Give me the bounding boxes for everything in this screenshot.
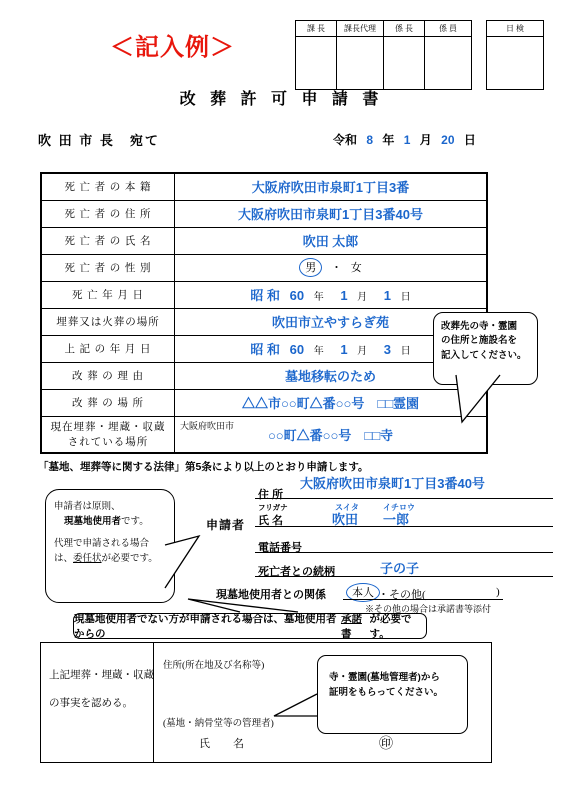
hint-emph: 現墓地使用者 [64, 516, 121, 527]
bubble-tail [444, 374, 504, 426]
stamp-check-box: 日 検 [486, 20, 544, 90]
gender-separator: ・ [331, 262, 342, 274]
burial-date-day-unit: 日 [401, 346, 411, 357]
name-rule [255, 526, 553, 527]
table-row: 死 亡 者 の 本 籍 大阪府吹田市泉町1丁目3番 [41, 173, 487, 200]
burial-date-month: 1 [340, 342, 347, 357]
manager-name-label: 氏 名 [199, 735, 250, 751]
address-rule [255, 498, 553, 499]
bubble-tail [268, 688, 322, 720]
manager-address-label: 住所(所在地及び名称等) [163, 657, 264, 671]
hint-line: 代理で申請される場合 [54, 537, 174, 552]
example-label: ＜記入例＞ [110, 27, 235, 62]
row-label: 埋葬又は火葬の場所 [41, 308, 175, 335]
gender-female: 女 [351, 262, 362, 274]
date-day: 20 [441, 133, 454, 147]
bubble-tail [163, 530, 205, 592]
table-row: 改 葬 の 場 所 △△市○○町△番○○号 □□霊園 [41, 389, 487, 416]
date-year-unit: 年 [382, 133, 394, 147]
entry-name: 吹田 太郎 [303, 234, 359, 249]
burial-date-year: 60 [290, 342, 304, 357]
certify-left-line2: の事実を認める。 [49, 695, 133, 710]
consent-note-box: 現墓地使用者でない方が申請される場合は、墓地使用者からの承諾書が必要です。 [73, 613, 427, 639]
address-field-value: 大阪府吹田市泉町1丁目3番40号 [300, 473, 485, 492]
spacer [54, 529, 174, 537]
phone-rule [255, 552, 553, 553]
burial-date-era: 昭 和 [250, 342, 280, 357]
approval-cell-empty [425, 37, 472, 90]
entry-burial-place: 吹田市立やすらぎ苑 [272, 315, 389, 330]
seal-mark: ㊞ [379, 733, 393, 753]
table-row: 死 亡 者 の 氏 名 吹田 太郎 [41, 227, 487, 254]
hint-line: 証明をもらってください。 [329, 686, 467, 701]
death-date-day: 1 [384, 288, 391, 303]
date-day-unit: 日 [464, 133, 476, 147]
hint-underlined: 委任状 [73, 553, 102, 564]
death-date-year-unit: 年 [314, 292, 324, 303]
table-row: 死 亡 者 の 性 別 男 ・ 女 [41, 254, 487, 281]
approval-stamp-table: 課 長 課長代理 係 長 係 員 [295, 20, 472, 90]
hint-line: は、 [54, 553, 73, 564]
death-date-month-unit: 月 [357, 292, 367, 303]
death-date-month: 1 [340, 288, 347, 303]
hint-line: 寺・霊園(墓地管理者)から [329, 671, 467, 686]
consent-note-head: 現墓地使用者でない方が申請される場合は、墓地使用者からの [74, 611, 341, 641]
deceased-info-table: 死 亡 者 の 本 籍 大阪府吹田市泉町1丁目3番 死 亡 者 の 住 所 大阪… [40, 172, 488, 454]
addressee: 吹 田 市 長 宛て [38, 130, 160, 149]
burial-date-month-unit: 月 [357, 346, 367, 357]
table-row: 死 亡 者 の 住 所 大阪府吹田市泉町1丁目3番40号 [41, 200, 487, 227]
death-date-era: 昭 和 [250, 288, 280, 303]
form-title: 改 葬 許 可 申 請 書 [0, 86, 563, 109]
approval-cell-empty [337, 37, 384, 90]
user-relation-rule [343, 599, 503, 600]
approval-col-kacho: 課 長 [296, 21, 337, 37]
row-label: 死 亡 者 の 性 別 [41, 254, 175, 281]
entry-current-place: ○○町△番○○号 □□寺 [268, 428, 393, 443]
reburial-permit-application-form: ＜記入例＞ 課 長 課長代理 係 長 係 員 日 検 改 葬 許 可 申 請 書… [0, 0, 563, 796]
row-label: 死 亡 者 の 本 籍 [41, 173, 175, 200]
consent-note-underlined: 承諾書 [341, 611, 370, 641]
row-label: 改 葬 の 理 由 [41, 362, 175, 389]
row-label: 死 亡 年 月 日 [41, 281, 175, 308]
row-label: 上 記 の 年 月 日 [41, 335, 175, 362]
row-label: 死 亡 者 の 氏 名 [41, 227, 175, 254]
approval-col-kakaricho: 係 長 [384, 21, 425, 37]
table-row: 改 葬 の 理 由 墓地移転のため [41, 362, 487, 389]
approval-col-kakarin: 係 員 [425, 21, 472, 37]
row-label: 死 亡 者 の 住 所 [41, 200, 175, 227]
applicant-role-label: 申請者 [206, 516, 245, 533]
current-place-prefix: 大阪府吹田市 [180, 419, 234, 432]
row-label-line1: 現在埋葬・埋蔵・収蔵 [42, 419, 174, 434]
date-era: 令和 [333, 133, 357, 147]
table-row: 死 亡 年 月 日 昭 和 60 年 1 月 1 日 [41, 281, 487, 308]
date-month: 1 [404, 133, 411, 147]
hint-line: の住所と施設名を [441, 334, 537, 348]
hint-line: です。 [121, 516, 149, 527]
stamp-check-label: 日 検 [487, 21, 544, 37]
consent-note-tail: が必要です。 [370, 611, 426, 641]
death-date-day-unit: 日 [401, 292, 411, 303]
table-row: 埋葬又は火葬の場所 吹田市立やすらぎ苑 [41, 308, 487, 335]
legal-statement: 「墓地、埋葬等に関する法律」第5条により以上のとおり申請します。 [38, 459, 369, 474]
manager-title-label: (墓地・納骨堂等の管理者) [163, 715, 274, 729]
hint-line: 記入してください。 [441, 349, 537, 363]
entry-address: 大阪府吹田市泉町1丁目3番40号 [238, 207, 423, 222]
burial-date-day: 3 [384, 342, 391, 357]
certify-left-line1: 上記埋葬・埋蔵・収蔵 [49, 667, 154, 682]
gender-male-circled: 男 [299, 258, 322, 277]
stamp-check-empty [487, 37, 544, 90]
row-label-line2: されている場所 [42, 434, 174, 449]
row-label: 改 葬 の 場 所 [41, 389, 175, 416]
burial-date-year-unit: 年 [314, 346, 324, 357]
hint-line: 申請者は原則、 [54, 500, 174, 515]
table-row: 現在埋葬・埋蔵・収蔵 されている場所 大阪府吹田市 ○○町△番○○号 □□寺 [41, 416, 487, 453]
relation-rule [255, 576, 553, 577]
hint-bubble-applicant: 申請者は原則、 現墓地使用者です。 代理で申請される場合 は、委任状が必要です。 [45, 489, 175, 603]
address-field-label: 住 所 [258, 486, 283, 502]
entry-domicile: 大阪府吹田市泉町1丁目3番 [252, 180, 409, 195]
application-date: 令和 8 年 1 月 20 日 [330, 131, 479, 148]
entry-reburial-place: △△市○○町△番○○号 □□霊園 [242, 396, 419, 411]
user-relation-close-paren: ) [496, 586, 500, 598]
approval-col-kachodairi: 課長代理 [337, 21, 384, 37]
note-box-tail [185, 597, 305, 615]
date-year: 8 [366, 133, 373, 147]
approval-cell-empty [384, 37, 425, 90]
hint-bubble-certification: 寺・霊園(墓地管理者)から 証明をもらってください。 [317, 655, 468, 734]
relation-field-value: 子の子 [380, 558, 419, 577]
date-month-unit: 月 [420, 133, 432, 147]
table-row: 上 記 の 年 月 日 昭 和 60 年 1 月 3 日 [41, 335, 487, 362]
table-divider [153, 643, 154, 762]
hint-line: が必要です。 [102, 553, 158, 564]
entry-reburial-reason: 墓地移転のため [285, 369, 376, 384]
death-date-year: 60 [290, 288, 304, 303]
approval-cell-empty [296, 37, 337, 90]
hint-line: 改葬先の寺・霊園 [441, 320, 537, 334]
